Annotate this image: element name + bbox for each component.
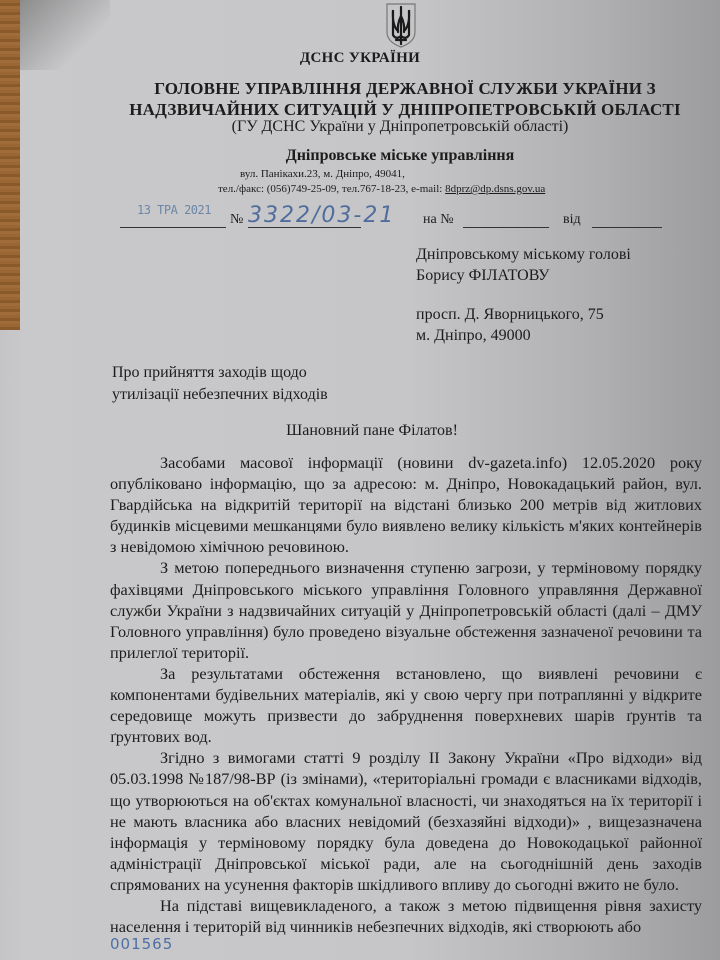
from-underline (592, 227, 662, 228)
trident-emblem-icon (384, 2, 418, 48)
agency-abbreviation: (ГУ ДСНС України у Дніпропетровській обл… (100, 118, 700, 136)
letter-subject: Про прийняття заходів щодо утилізації не… (112, 362, 328, 406)
registration-number: 3322/03-21 (248, 203, 395, 228)
serial-number-stamp: 001565 (110, 935, 173, 953)
body-paragraph-4: Згідно з вимогами статті 9 розділу ІІ За… (110, 747, 702, 895)
subject-line2: утилізації небезпечних відходів (112, 384, 328, 406)
subject-line1: Про прийняття заходів щодо (112, 362, 328, 384)
number-label: № (230, 212, 243, 228)
recipient-street: просп. Д. Яворницького, 75 (416, 304, 604, 326)
body-paragraph-2: З метою попереднього визначення ступеню … (110, 557, 702, 662)
agency-full-name-line1: ГОЛОВНЕ УПРАВЛІННЯ ДЕРЖАВНОЇ СЛУЖБИ УКРА… (95, 78, 715, 99)
date-stamp: 13 ТРА 2021 (137, 203, 211, 217)
agency-full-name-line2: НАДЗВИЧАЙНИХ СИТУАЦІЙ У ДНІПРОПЕТРОВСЬКІ… (95, 99, 715, 120)
number-underline (248, 227, 361, 228)
agency-short-name: ДСНС УКРАЇНИ (0, 50, 720, 67)
body-paragraph-5: На підставі вищевикладеного, а також з м… (110, 895, 702, 937)
recipient-title: Дніпровському міському голові (416, 244, 631, 266)
reply-to-label: на № (423, 212, 454, 228)
letter-body: Засобами масової інформації (новини dv-g… (110, 452, 702, 937)
reply-to-underline (463, 227, 549, 228)
from-label: від (563, 212, 581, 228)
recipient-city: м. Дніпро, 49000 (416, 325, 531, 347)
department-address: вул. Панікахи.23, м. Дніпро, 49041, (240, 168, 405, 180)
recipient-name: Борису ФІЛАТОВУ (416, 265, 549, 287)
salutation: Шановний пане Філатов! (0, 422, 720, 440)
body-paragraph-1: Засобами масової інформації (новини dv-g… (110, 452, 702, 557)
phone-numbers: тел./факс: (056)749-25-09, тел.767-18-23… (218, 183, 445, 195)
agency-full-name: ГОЛОВНЕ УПРАВЛІННЯ ДЕРЖАВНОЇ СЛУЖБИ УКРА… (95, 78, 715, 120)
body-paragraph-3: За результатами обстеження встановлено, … (110, 663, 702, 747)
email-link[interactable]: 8dprz@dp.dsns.gov.ua (445, 183, 545, 195)
date-underline (120, 227, 226, 228)
contact-line: тел./факс: (056)749-25-09, тел.767-18-23… (218, 183, 545, 195)
department-name: Дніпровське міське управління (160, 147, 640, 165)
